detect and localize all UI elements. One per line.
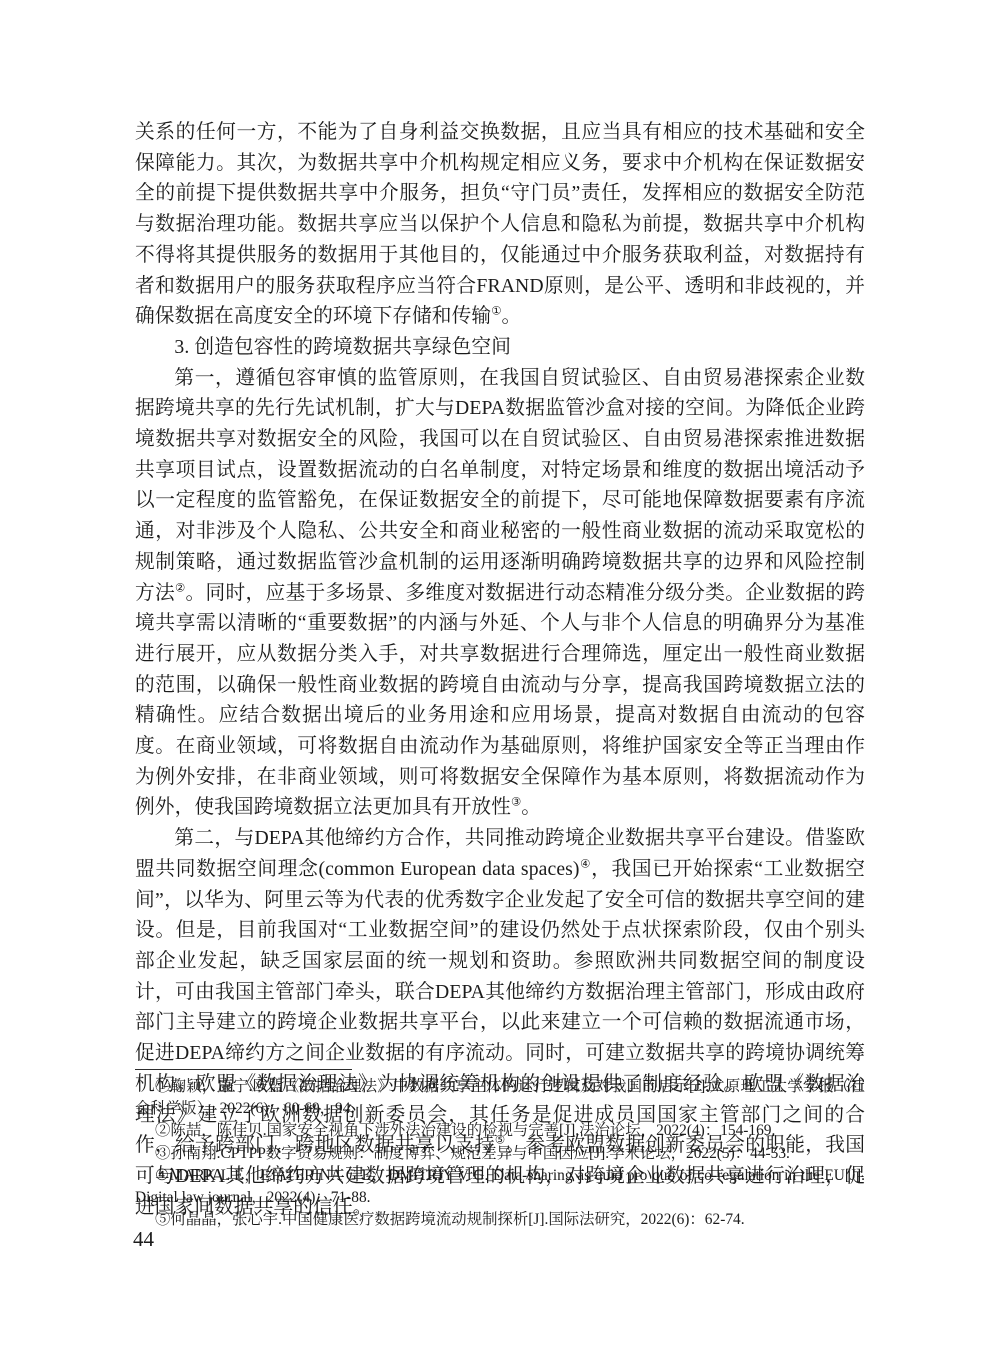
document-page: 关系的任何一方，不能为了自身利益交换数据，且应当具有相应的技术基础和安全保障能力… <box>0 0 1000 1347</box>
footnote-item: ④MARK L E，EJATERINA G E，DMITRIY V G. Dat… <box>135 1165 865 1209</box>
footnotes-section: ①鞠颖，康宁.欧盟《数据治理法》中数据共享主体的运行逻辑及对我国的启示[J].太… <box>135 1076 865 1231</box>
paragraph-text: 。 <box>502 305 522 327</box>
footnote-text: 孙南翔.CPTPP数字贸易规则：制度博弈、规范差异与中国因应[J].学术论坛，2… <box>170 1145 789 1162</box>
footnote-text: MARK L E，EJATERINA G E，DMITRIY V G. Data… <box>135 1167 865 1206</box>
footnote-marker: ④ <box>155 1167 170 1184</box>
footnote-item: ⑤何晶晶，张心宇.中国健康医疗数据跨境流动规制探析[J].国际法研究，2022(… <box>135 1209 865 1231</box>
body-paragraph-1: 关系的任何一方，不能为了自身利益交换数据，且应当具有相应的技术基础和安全保障能力… <box>135 117 865 332</box>
footnote-text: 陈喆，陈佳贝.国家安全视角下涉外法治建设的检视与完善[J].法治论坛，2022(… <box>170 1122 775 1139</box>
footnote-marker: ③ <box>155 1145 170 1162</box>
footnote-item: ③孙南翔.CPTPP数字贸易规则：制度博弈、规范差异与中国因应[J].学术论坛，… <box>135 1143 865 1165</box>
footnote-separator <box>135 1069 352 1070</box>
footnote-ref-4: ④ <box>580 858 592 870</box>
footnote-ref-2: ② <box>175 582 186 594</box>
footnote-text: 何晶晶，张心宇.中国健康医疗数据跨境流动规制探析[J].国际法研究，2022(6… <box>170 1211 744 1228</box>
paragraph-text: 。 <box>521 796 541 818</box>
footnote-ref-1: ① <box>491 306 501 318</box>
footnote-item: ②陈喆，陈佳贝.国家安全视角下涉外法治建设的检视与完善[J].法治论坛，2022… <box>135 1120 865 1142</box>
body-text: 关系的任何一方，不能为了自身利益交换数据，且应当具有相应的技术基础和安全保障能力… <box>135 117 865 1222</box>
footnote-marker: ① <box>155 1078 171 1095</box>
paragraph-text: 第一，遵循包容审慎的监管原则，在我国自贸试验区、自由贸易港探索企业数据跨境共享的… <box>135 367 865 604</box>
footnote-marker: ⑤ <box>155 1211 170 1228</box>
page-number: 44 <box>133 1227 154 1251</box>
footnote-item: ①鞠颖，康宁.欧盟《数据治理法》中数据共享主体的运行逻辑及对我国的启示[J].太… <box>135 1076 865 1120</box>
footnote-text: 鞠颖，康宁.欧盟《数据治理法》中数据共享主体的运行逻辑及对我国的启示[J].太原… <box>135 1078 865 1117</box>
section-heading: 3. 创造包容性的跨境数据共享绿色空间 <box>135 332 865 363</box>
body-paragraph-2: 第一，遵循包容审慎的监管原则，在我国自贸试验区、自由贸易港探索企业数据跨境共享的… <box>135 363 865 824</box>
footnote-ref-3: ③ <box>511 797 521 809</box>
paragraph-text: 。同时，应基于多场景、多维度对数据进行动态精准分级分类。企业数据的跨境共享需以清… <box>135 582 865 819</box>
footnote-marker: ② <box>155 1122 170 1139</box>
paragraph-text: 关系的任何一方，不能为了自身利益交换数据，且应当具有相应的技术基础和安全保障能力… <box>135 121 865 327</box>
